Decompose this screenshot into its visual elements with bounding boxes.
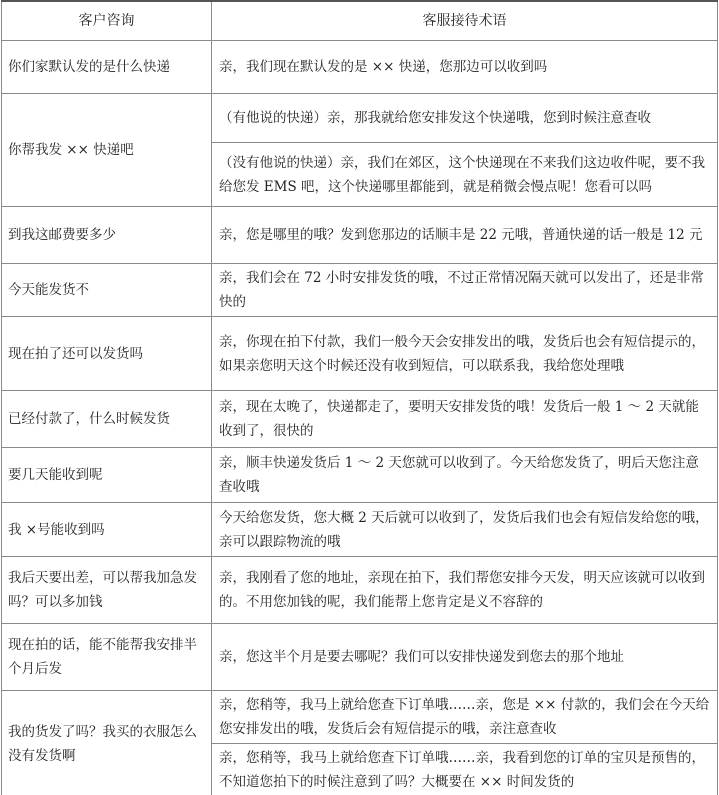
inquiry-cell: 现在拍了还可以发货吗 [2,317,212,391]
inquiry-cell: 你帮我发 ×× 快递吧 [2,94,212,207]
header-service-script: 客服接待术语 [212,1,718,41]
response-cell: 亲，我们现在默认发的是 ×× 快递，您那边可以收到吗 [212,41,718,94]
response-cell: （没有他说的快递）亲，我们在郊区，这个快递现在不来我们这边收件呢，要不我给您发 … [212,143,718,207]
response-cell: 亲，您这半个月是要去哪呢？我们可以安排快递发到您去的那个地址 [212,624,718,691]
response-cell: 亲，您是哪里的哦？发到您那边的话顺丰是 22 元哦，普通快递的话一般是 12 元 [212,207,718,264]
response-cell: 今天给您发货，您大概 2 天后就可以收到了，发货后我们也会有短信发给您的哦，亲可… [212,503,718,557]
inquiry-cell: 已经付款了，什么时候发货 [2,391,212,448]
table-row: 我 ×号能收到吗 今天给您发货，您大概 2 天后就可以收到了，发货后我们也会有短… [2,503,718,557]
table-row: 现在拍的话，能不能帮我安排半个月后发 亲，您这半个月是要去哪呢？我们可以安排快递… [2,624,718,691]
table-row: 现在拍了还可以发货吗 亲，你现在拍下付款，我们一般今天会安排发出的哦，发货后也会… [2,317,718,391]
response-cell: 亲，您稍等，我马上就给您查下订单哦……亲，我看到您的订单的宝贝是预售的，不知道您… [212,744,718,795]
table-row: 你们家默认发的是什么快递 亲，我们现在默认发的是 ×× 快递，您那边可以收到吗 [2,41,718,94]
table-row: 到我这邮费要多少 亲，您是哪里的哦？发到您那边的话顺丰是 22 元哦，普通快递的… [2,207,718,264]
header-row: 客户咨询 客服接待术语 [2,1,718,41]
response-cell: 亲，我刚看了您的地址，亲现在拍下，我们帮您安排今天发，明天应该就可以收到的。不用… [212,557,718,624]
table-row: 我后天要出差，可以帮我加急发吗？可以多加钱 亲，我刚看了您的地址，亲现在拍下，我… [2,557,718,624]
header-customer-inquiry: 客户咨询 [2,1,212,41]
response-cell: 亲，顺丰快递发货后 1 ～ 2 天您就可以收到了。今天给您发货了，明后天您注意查… [212,448,718,503]
inquiry-cell: 我后天要出差，可以帮我加急发吗？可以多加钱 [2,557,212,624]
response-cell: （有他说的快递）亲，那我就给您安排发这个快递哦，您到时候注意查收 [212,94,718,143]
table-row: 今天能发货不 亲，我们会在 72 小时安排发货的哦，不过正常情况隔天就可以发出了… [2,264,718,317]
inquiry-cell: 今天能发货不 [2,264,212,317]
response-cell: 亲，你现在拍下付款，我们一般今天会安排发出的哦，发货后也会有短信提示的，如果亲您… [212,317,718,391]
table-row: 我的货发了吗？我买的衣服怎么没有发货啊 亲，您稍等，我马上就给您查下订单哦……亲… [2,691,718,744]
table-row: 你帮我发 ×× 快递吧 （有他说的快递）亲，那我就给您安排发这个快递哦，您到时候… [2,94,718,143]
inquiry-cell: 要几天能收到呢 [2,448,212,503]
table-row: 已经付款了，什么时候发货 亲，现在太晚了，快递都走了，要明天安排发货的哦！发货后… [2,391,718,448]
response-cell: 亲，您稍等，我马上就给您查下订单哦……亲，您是 ×× 付款的，我们会在今天给您安… [212,691,718,744]
table-row: 要几天能收到呢 亲，顺丰快递发货后 1 ～ 2 天您就可以收到了。今天给您发货了… [2,448,718,503]
inquiry-cell: 现在拍的话，能不能帮我安排半个月后发 [2,624,212,691]
inquiry-cell: 我 ×号能收到吗 [2,503,212,557]
customer-service-script-table: 客户咨询 客服接待术语 你们家默认发的是什么快递 亲，我们现在默认发的是 ×× … [1,0,718,795]
inquiry-cell: 我的货发了吗？我买的衣服怎么没有发货啊 [2,691,212,795]
inquiry-cell: 到我这邮费要多少 [2,207,212,264]
response-cell: 亲，现在太晚了，快递都走了，要明天安排发货的哦！发货后一般 1 ～ 2 天就能收… [212,391,718,448]
inquiry-cell: 你们家默认发的是什么快递 [2,41,212,94]
response-cell: 亲，我们会在 72 小时安排发货的哦，不过正常情况隔天就可以发出了，还是非常快的 [212,264,718,317]
